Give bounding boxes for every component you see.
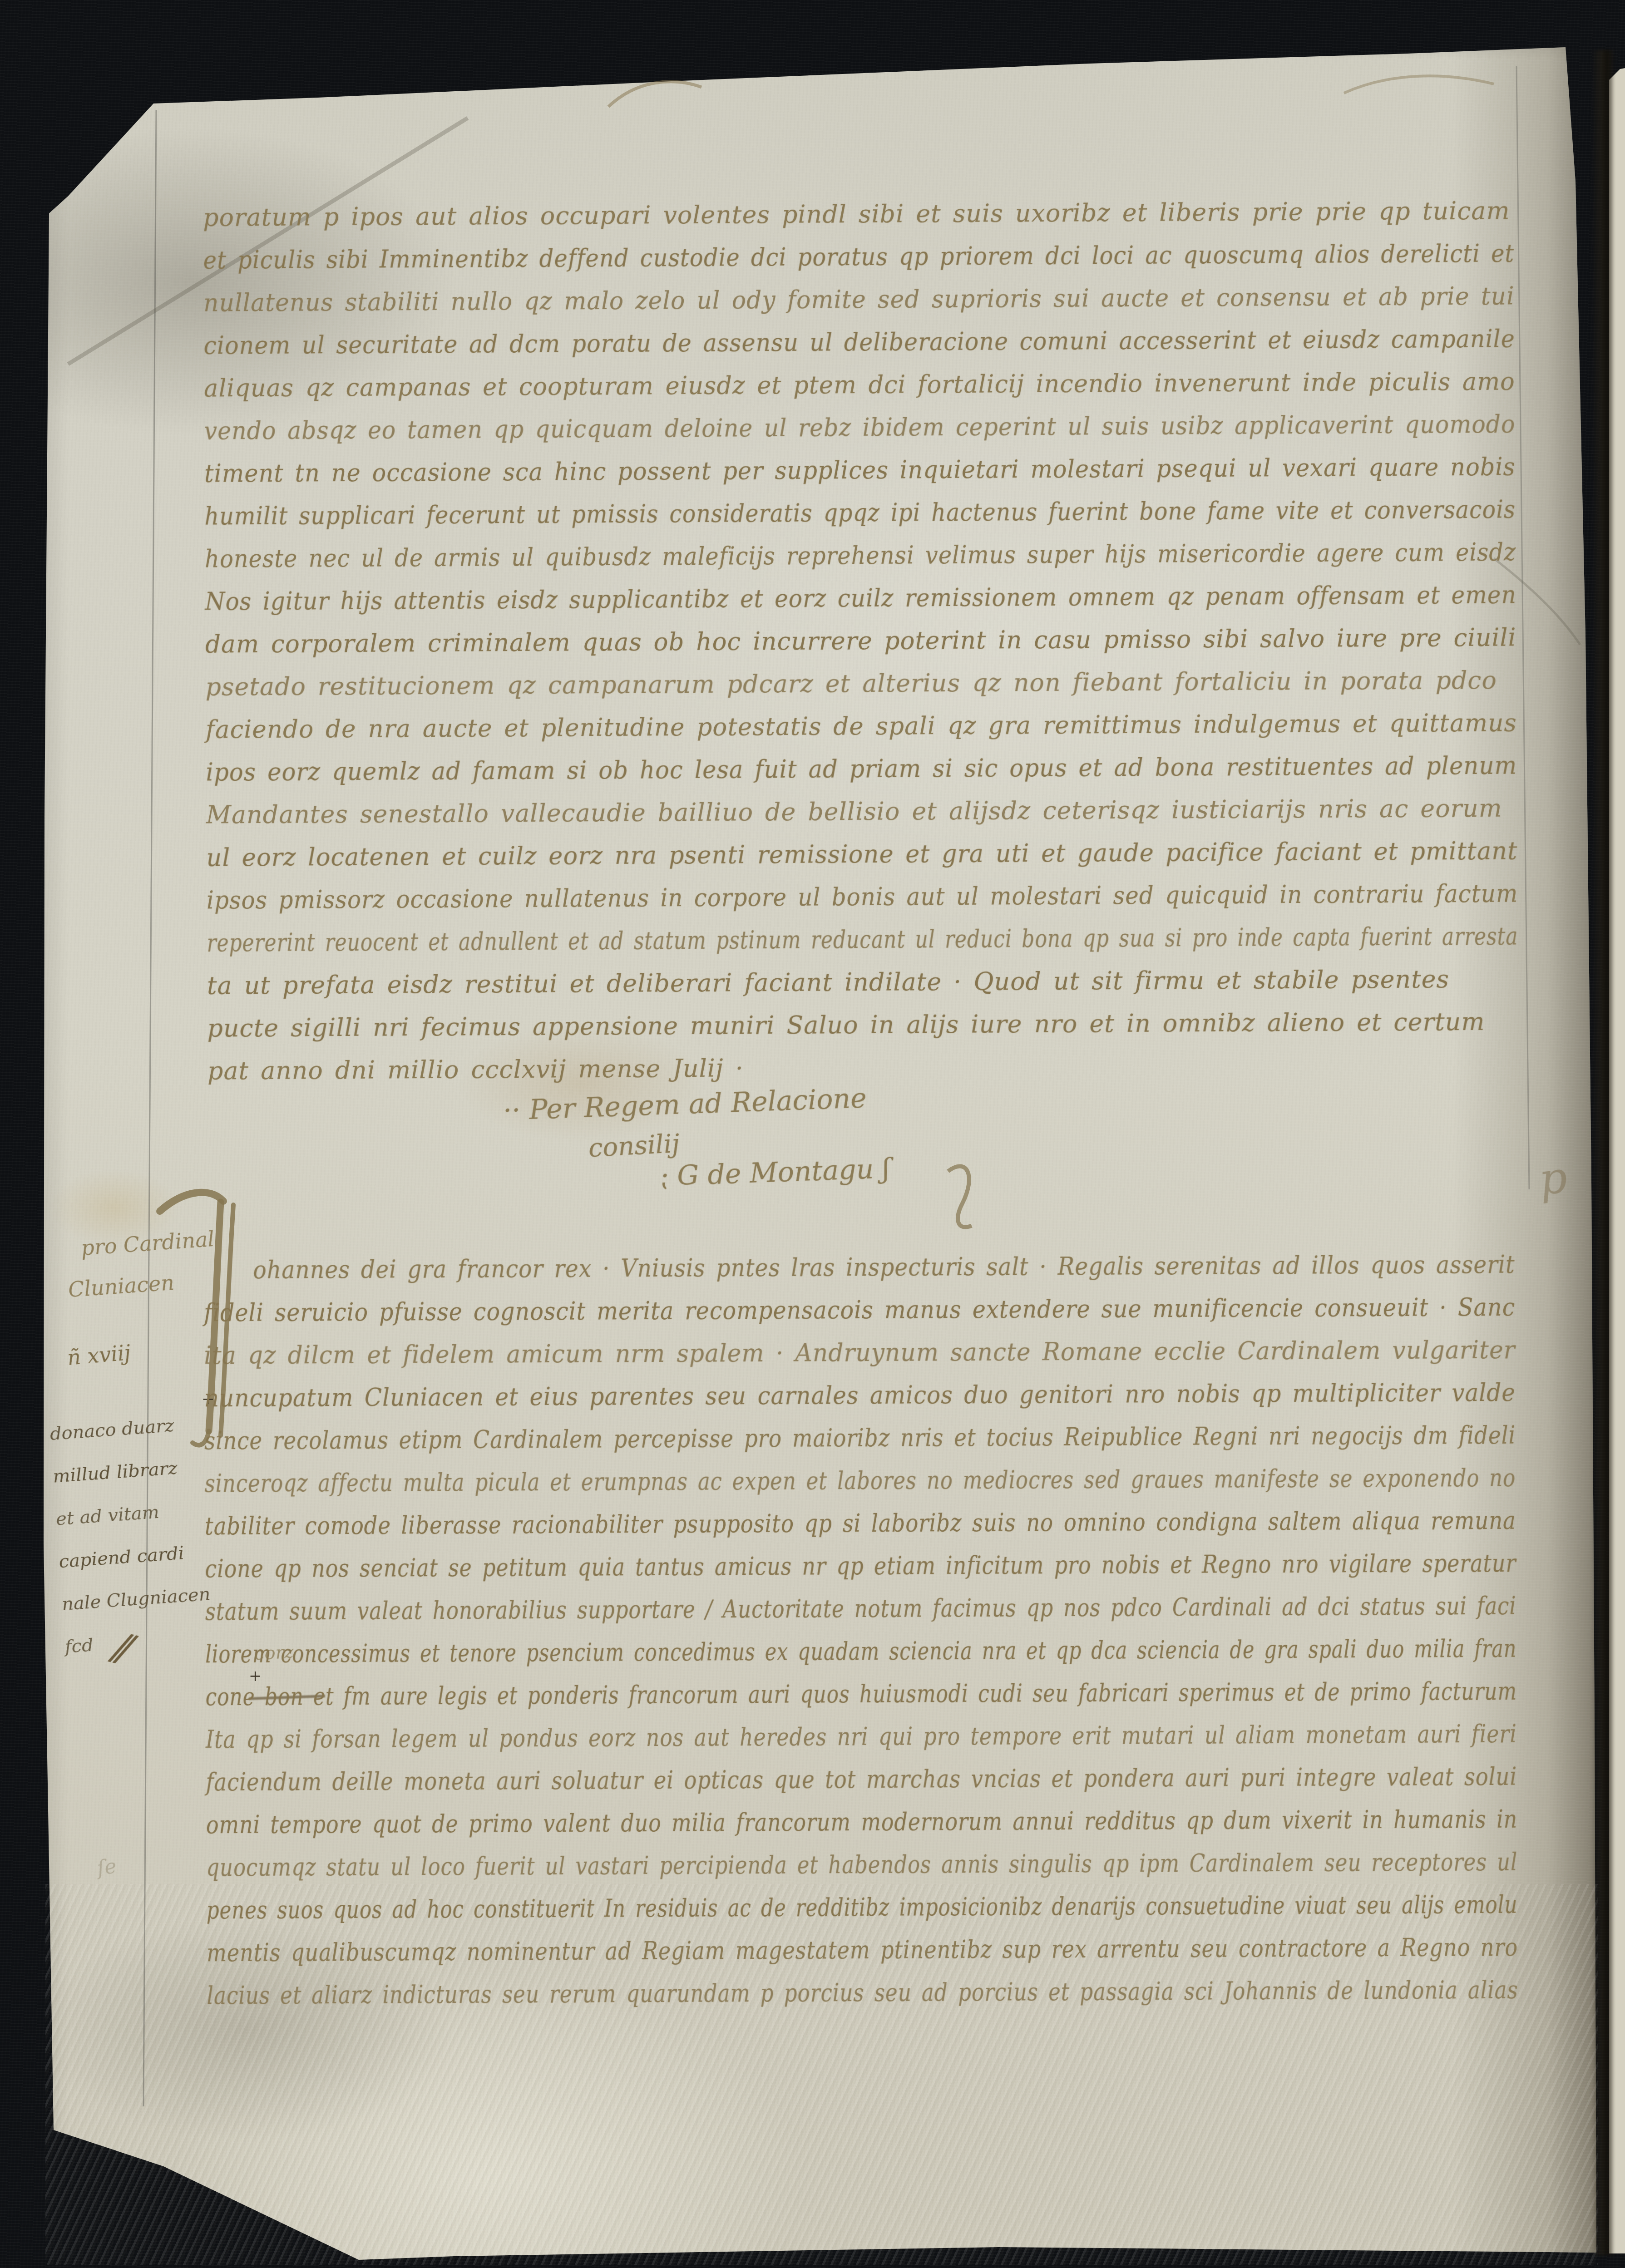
manuscript-line: repererint reuocent et adnullent et ad s… — [207, 916, 1284, 964]
act-1-text-block: poratum p ipos aut alios occupari volent… — [203, 189, 1524, 1092]
manuscript-line: statum suum valeat honorabilius supporta… — [205, 1586, 1308, 1633]
left-ruling-line — [143, 110, 156, 2106]
manuscript-line: ohannes dei gra francor rex · Vniusis pn… — [203, 1244, 1398, 1292]
manuscript-line: pucte sigilli nri fecimus appensione mun… — [207, 1000, 1518, 1050]
manuscript-line: ipsos pmissorz occasione nullatenus in c… — [207, 873, 1427, 922]
subscription-consilij: consilij — [588, 1129, 680, 1163]
manuscript-line: aliquas qz campanas et coopturam eiusdz … — [204, 360, 1488, 410]
manuscript-line: nullatenus stabiliti nullo qz malo zelo … — [203, 275, 1472, 325]
manuscript-line: since recolamus etipm Cardinalem percepi… — [204, 1415, 1351, 1462]
manuscript-line: vendo absqz eo tamen qp quicquam deloine… — [204, 403, 1439, 452]
manuscript-line: faciendum deille moneta auri soluatur ei… — [206, 1756, 1343, 1804]
manuscript-line: humilit supplicari fecerunt ut pmissis c… — [204, 489, 1406, 538]
photograph-of-manuscript-opening: poratum p ipos aut alios occupari volent… — [0, 0, 1625, 2268]
manuscript-line: omni tempore quot de primo valent duo mi… — [206, 1799, 1330, 1847]
manuscript-line: Mandantes senestallo vallecaudie bailliu… — [206, 787, 1517, 836]
manuscript-line: liorem concessimus et tenore psencium co… — [205, 1628, 1258, 1676]
manuscript-line: timent tn ne occasione sca hinc possent … — [204, 446, 1451, 495]
manuscript-line: ita qz dilcm et fidelem amicum nrm spale… — [204, 1329, 1470, 1377]
manuscript-line: fideli seruicio pfuisse cognoscit merita… — [204, 1287, 1408, 1335]
manuscript-line: ta ut prefata eisdz restitui et delibera… — [207, 957, 1518, 1007]
manuscript-line: sinceroqz affectu multa picula et erumpn… — [204, 1458, 1306, 1505]
manuscript-line: Nos igitur hijs attentis eisdz supplican… — [205, 574, 1431, 623]
signature-paraph — [948, 1166, 972, 1227]
manuscript-line: ul eorz locatenen et cuilz eorz nra psen… — [206, 830, 1491, 879]
manuscript-line: tabiliter comode liberasse racionabilite… — [205, 1500, 1344, 1548]
manuscript-line: nuncupatum Cluniacen et eius parentes se… — [204, 1372, 1427, 1420]
manuscript-line: honeste nec ul de armis ul quibusdz male… — [205, 532, 1415, 581]
manuscript-line: mentis qualibuscumqz nominentur ad Regia… — [207, 1927, 1335, 1974]
manuscript-line: quocumqz statu ul loco fuerit ul vastari… — [206, 1842, 1309, 1889]
manuscript-line: dam corporalem criminalem quas ob hoc in… — [205, 616, 1503, 666]
act-2-text-block: ohannes dei gra francor rex · Vniusis pn… — [203, 1243, 1523, 2017]
right-margin-letter: p — [1536, 1152, 1570, 1205]
margin-note-donatio: donaco duarzmillud librarzet ad vitamcap… — [49, 1402, 215, 1668]
faint-scribble: ſe — [96, 1854, 118, 1880]
manuscript-line: cione qp nos senciat se petitum quia tan… — [205, 1543, 1328, 1591]
manuscript-line: penes suos quos ad hoc constituerit In r… — [206, 1884, 1273, 1932]
manuscript-line: faciendo de nra aucte et plenitudine pot… — [206, 702, 1505, 751]
ascender-flourish — [608, 82, 701, 107]
manuscript-line: cone bon et fm aure legis et ponderis fr… — [205, 1671, 1280, 1718]
manuscript-line: poratum p ipos aut alios occupari volent… — [203, 189, 1514, 239]
manuscript-line: cionem ul securitate ad dcm poratu de as… — [203, 318, 1441, 367]
manuscript-line: lacius et aliarz indicturas seu rerum qu… — [207, 1970, 1317, 2017]
manuscript-line: psetado restitucionem qz campanarum pdca… — [205, 659, 1516, 708]
manuscript-line: ipos eorz quemlz ad famam si ob hoc lesa… — [206, 744, 1461, 794]
ascender-flourish — [1344, 76, 1494, 93]
manuscript-line: et piculis sibi Imminentibz deffend cust… — [203, 233, 1417, 282]
manuscript-line: Ita qp si forsan legem ul pondus eorz no… — [206, 1714, 1328, 1761]
